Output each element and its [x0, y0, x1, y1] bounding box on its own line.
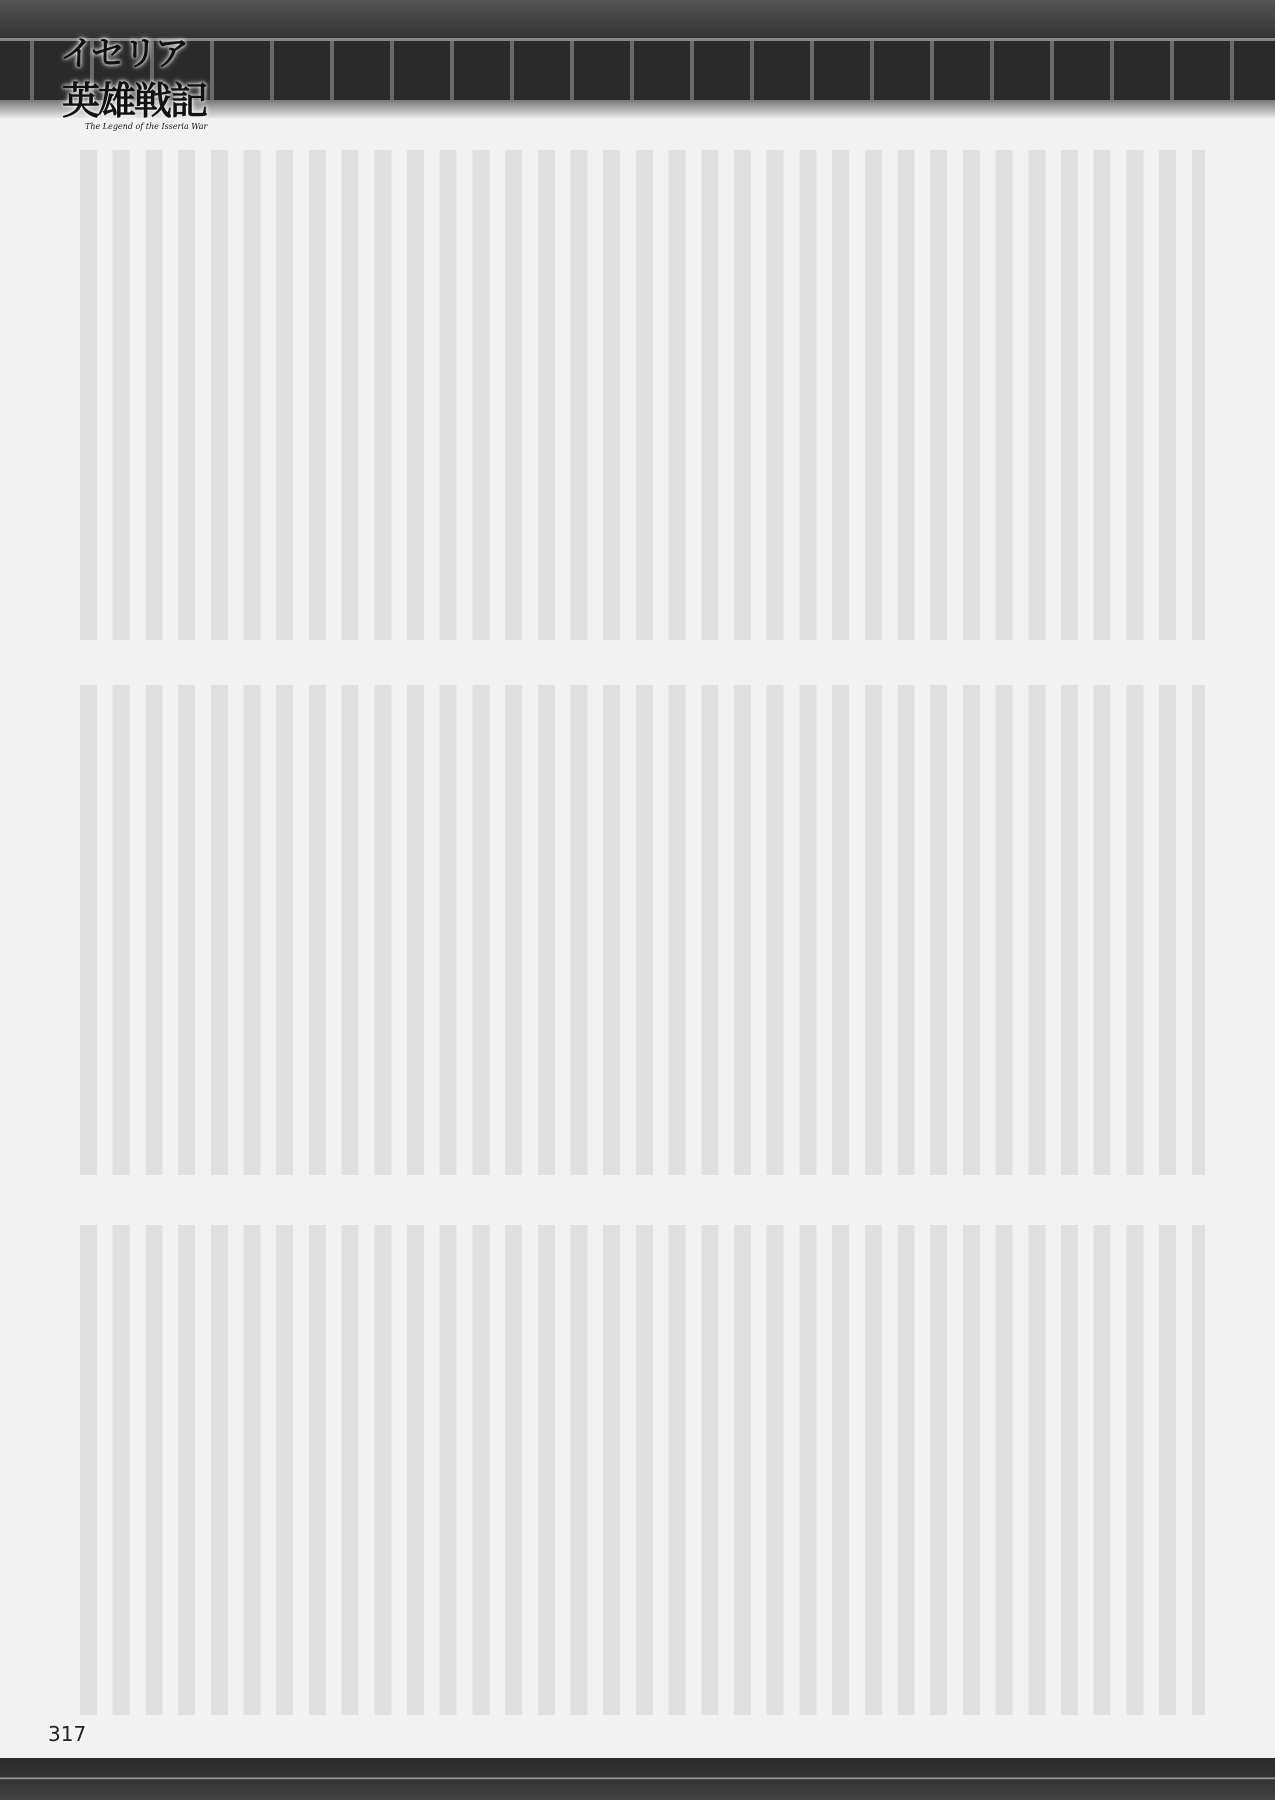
- footer-bar: [0, 1758, 1275, 1800]
- logo-line-1: イセリア: [60, 26, 187, 75]
- body-text-frame: [70, 150, 1205, 1720]
- logo-line-2: 英雄戦記: [62, 70, 206, 125]
- page-number: 317: [48, 1722, 86, 1746]
- logo-subtitle: The Legend of the Isseria War: [85, 122, 207, 131]
- text-tier-top: [70, 150, 1205, 640]
- title-logo: イセリア 英雄戦記 The Legend of the Isseria War: [40, 18, 240, 138]
- text-tier-middle: [70, 685, 1205, 1175]
- text-tier-bottom: [70, 1225, 1205, 1715]
